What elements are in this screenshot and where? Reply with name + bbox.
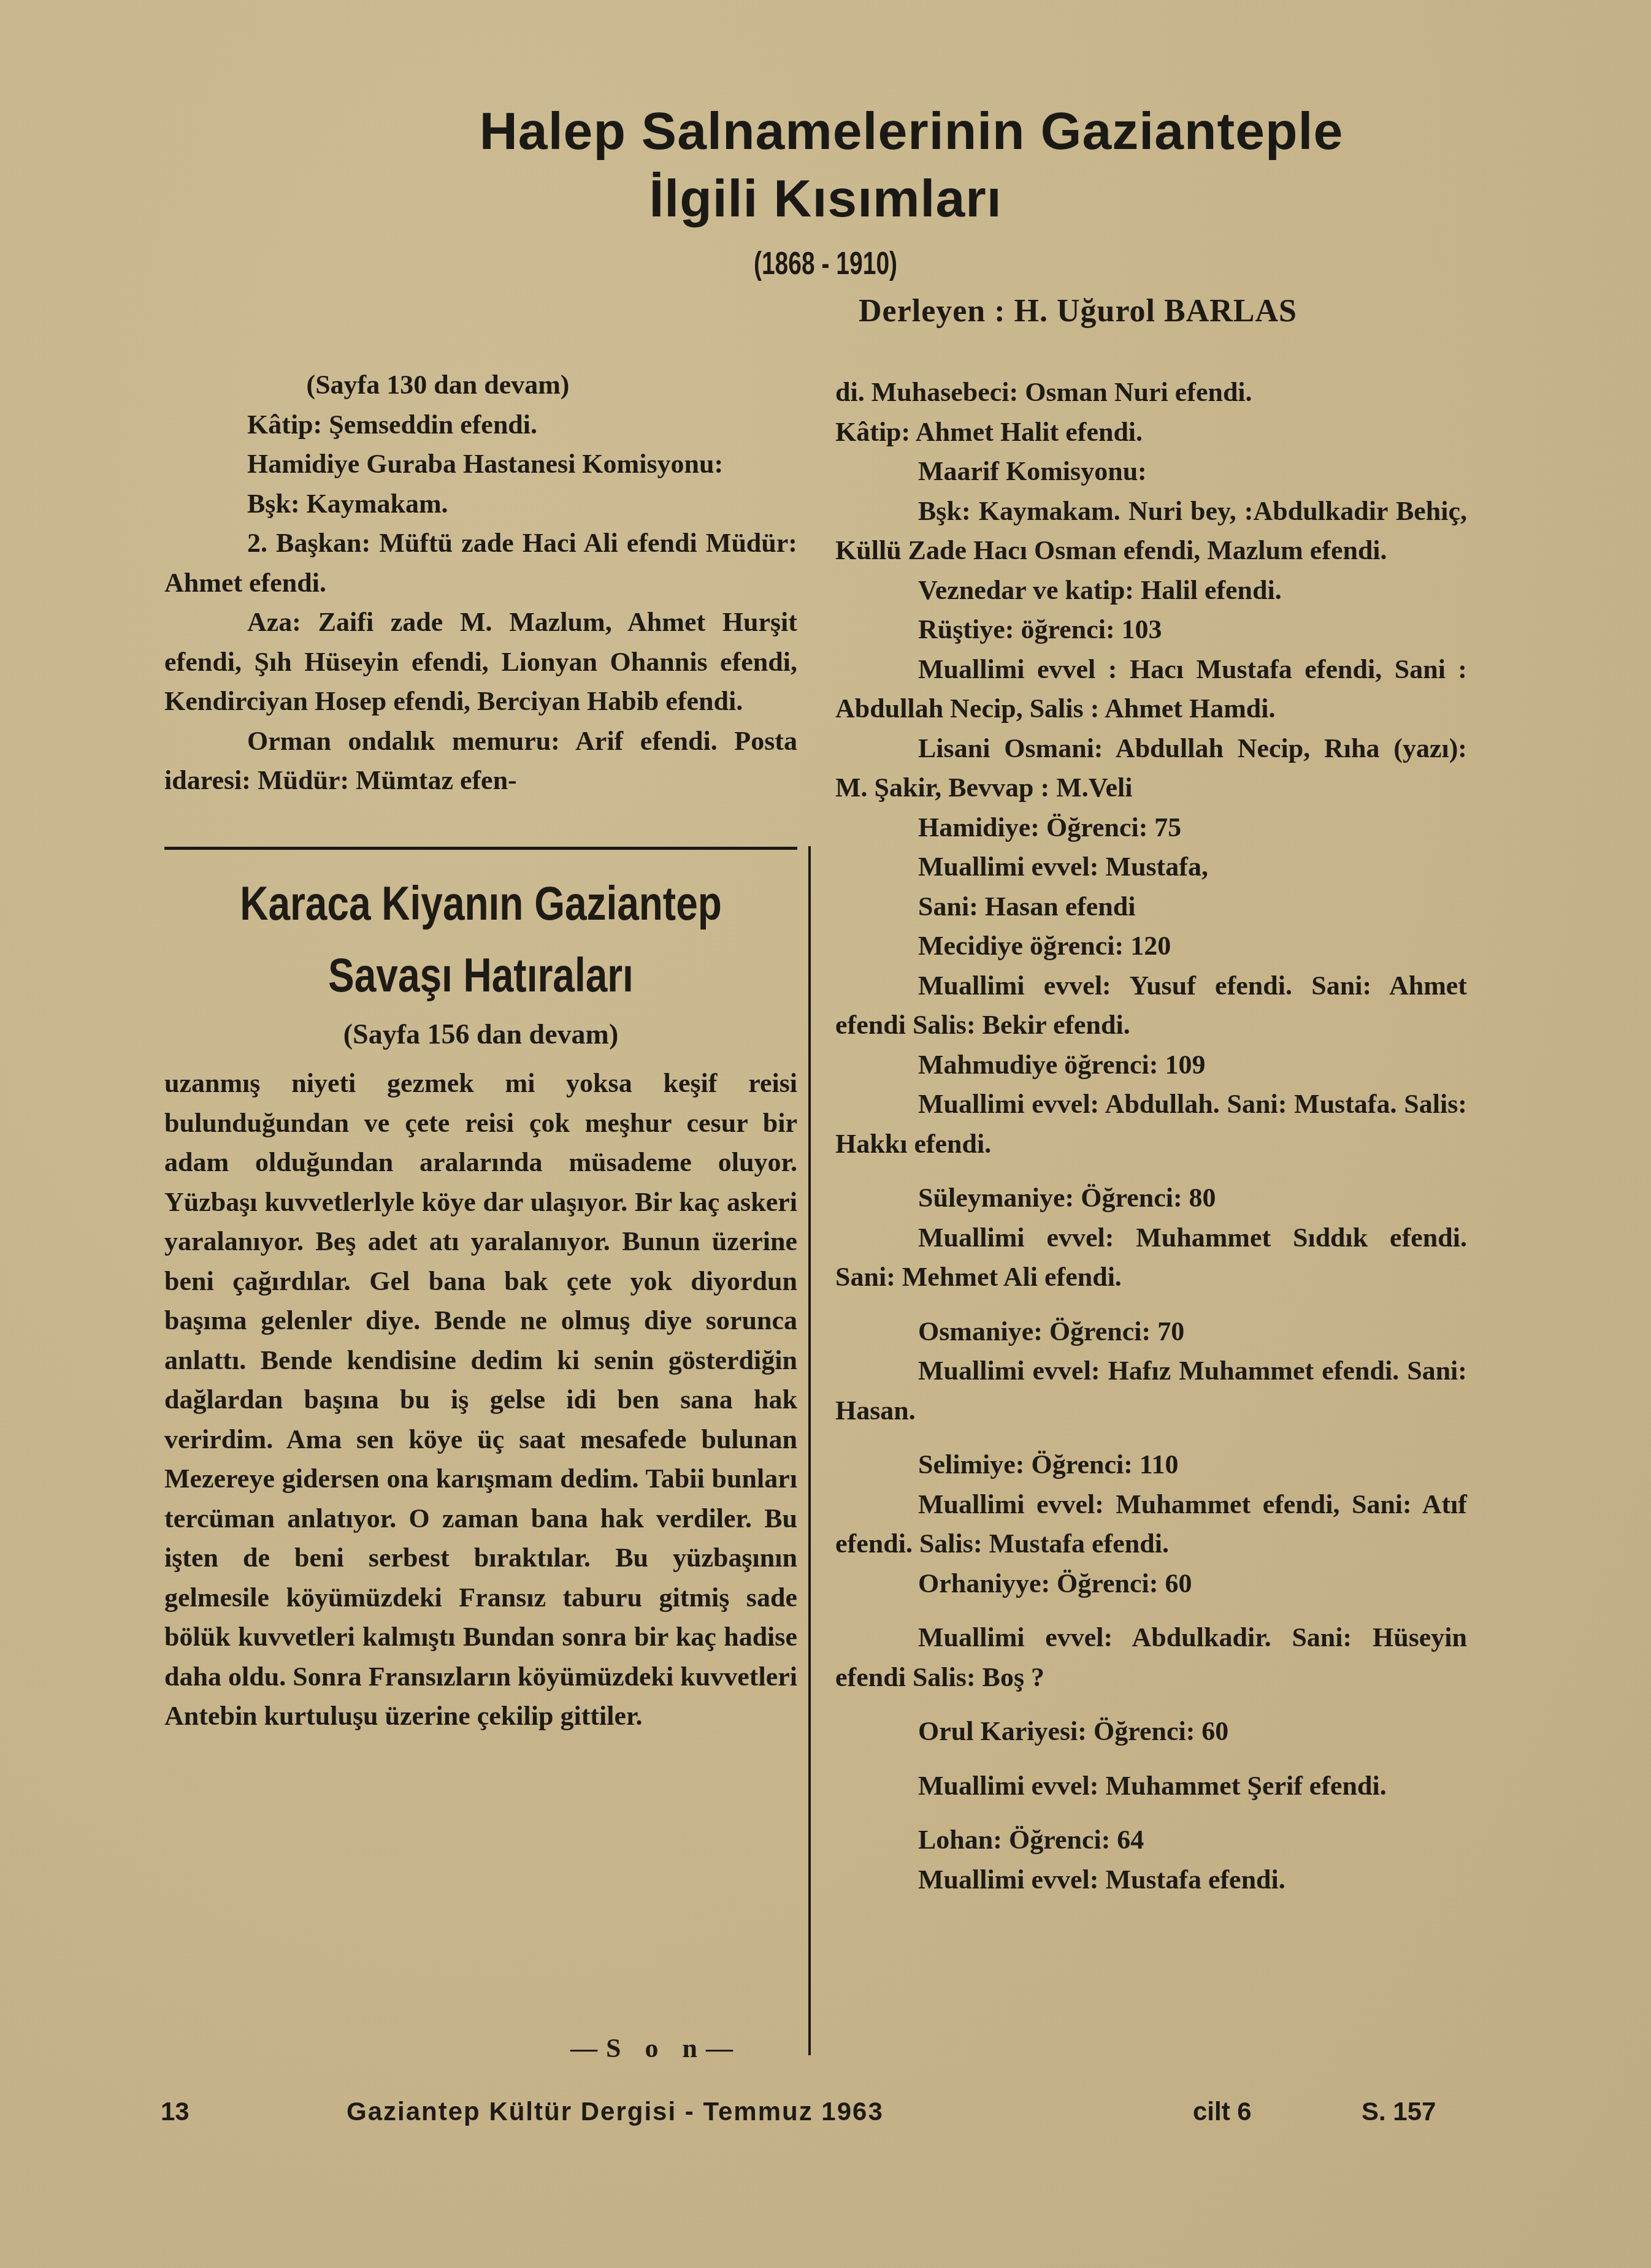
paragraph: Muallimi evvel : Hacı Mustafa efendi, Sa… — [835, 650, 1467, 729]
paragraph: Aza: Zaifi zade M. Mazlum, Ahmet Hurşit … — [164, 603, 797, 722]
right-paragraphs: di. Muhasebeci: Osman Nuri efendi.Kâtip:… — [835, 373, 1467, 1900]
paragraph: Muallimi evvel: Mustafa, — [835, 847, 1467, 887]
paragraph: Hamidiye: Öğrenci: 75 — [835, 808, 1467, 848]
continuation-note: (Sayfa 130 dan devam) — [164, 365, 797, 405]
paragraph: Orul Kariyesi: Öğrenci: 60 — [835, 1712, 1467, 1752]
paragraph: Muallimi evvel: Muhammet Sıddık efendi. … — [835, 1218, 1467, 1297]
paragraph: Rüştiye: öğrenci: 103 — [835, 610, 1467, 650]
paragraph: Muallimi evvel: Hafız Muhammet efendi. S… — [835, 1351, 1467, 1430]
paragraph: Muallimi evvel: Mustafa efendi. — [835, 1860, 1467, 1900]
article2-title-line-1: Karaca Kiyanın Gaziantep — [221, 876, 740, 931]
paragraph: Kâtip: Ahmet Halit efendi. — [835, 413, 1467, 452]
footer-magazine-title: Gaziantep Kültür Dergisi - Temmuz 1963 — [347, 2097, 884, 2126]
paragraph: Bşk: Kaymakam. — [164, 484, 797, 524]
article2-continuation-note: (Sayfa 156 dan devam) — [164, 1018, 797, 1050]
paragraph: Sani: Hasan efendi — [835, 887, 1467, 927]
paragraph: Lisani Osmani: Abdullah Necip, Rıha (yaz… — [835, 729, 1467, 808]
horizontal-divider — [164, 847, 797, 850]
footer-volume: cilt 6 — [1193, 2097, 1252, 2126]
paragraph: Orhaniyye: Öğrenci: 60 — [835, 1564, 1467, 1604]
article2-body: uzanmış niyeti gezmek mi yoksa keşif rei… — [164, 1064, 797, 1736]
paragraph: Muallimi evvel: Abdullah. Sani: Mustafa.… — [835, 1085, 1467, 1164]
article-dates: (1868 - 1910) — [207, 245, 1445, 282]
paragraph: Orman ondalık memuru: Arif efendi. Posta… — [164, 722, 797, 801]
vertical-column-divider — [808, 846, 811, 2055]
paragraph: Süleymaniye: Öğrenci: 80 — [835, 1178, 1467, 1218]
paragraph: Bşk: Kaymakam. Nuri bey, :Abdulkadir Beh… — [835, 492, 1467, 571]
article-title-line-2: İlgili Kısımları — [0, 169, 1651, 229]
footer-issue: S. 157 — [1362, 2097, 1436, 2126]
paragraph: Muallimi evvel: Muhammet Şerif efendi. — [835, 1766, 1467, 1806]
paragraph: Osmaniye: Öğrenci: 70 — [835, 1312, 1467, 1352]
paragraph: Hamidiye Guraba Hastanesi Komisyonu: — [164, 445, 797, 484]
paragraph: Maarif Komisyonu: — [835, 452, 1467, 492]
article-author: Derleyen : H. Uğurol BARLAS — [859, 293, 1297, 329]
paragraph: 2. Başkan: Müftü zade Haci Ali efendi Mü… — [164, 524, 797, 603]
right-column-article1: di. Muhasebeci: Osman Nuri efendi.Kâtip:… — [835, 373, 1467, 1900]
left-column-article2: uzanmış niyeti gezmek mi yoksa keşif rei… — [164, 1064, 797, 1736]
paragraph: Muallimi evvel: Yusuf efendi. Sani: Ahme… — [835, 966, 1467, 1045]
left-paragraphs: Kâtip: Şemseddin efendi.Hamidiye Guraba … — [164, 405, 797, 801]
paragraph: Selimiye: Öğrenci: 110 — [835, 1445, 1467, 1485]
paragraph: Veznedar ve katip: Halil efendi. — [835, 571, 1467, 611]
article2-title-line-2: Savaşı Hatıraları — [221, 947, 740, 1003]
paragraph: Mahmudiye öğrenci: 109 — [835, 1045, 1467, 1085]
paragraph: di. Muhasebeci: Osman Nuri efendi. — [835, 373, 1467, 413]
footer-page-number: 13 — [161, 2097, 190, 2126]
paragraph: Muallimi evvel: Abdulkadir. Sani: Hüseyi… — [835, 1618, 1467, 1697]
paragraph: Lohan: Öğrenci: 64 — [835, 1820, 1467, 1860]
end-mark: —S o n— — [570, 2033, 741, 2064]
paragraph: Mecidiye öğrenci: 120 — [835, 926, 1467, 966]
paragraph: Kâtip: Şemseddin efendi. — [164, 405, 797, 445]
paragraph: Muallimi evvel: Muhammet efendi, Sani: A… — [835, 1485, 1467, 1564]
article-title-line-1: Halep Salnamelerinin Gazianteple — [86, 101, 1651, 162]
left-column-article1: (Sayfa 130 dan devam) Kâtip: Şemseddin e… — [164, 365, 797, 801]
